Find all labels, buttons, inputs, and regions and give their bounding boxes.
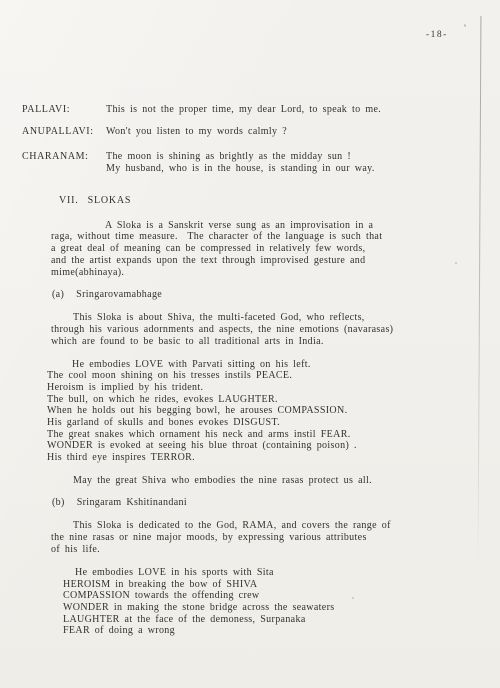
dialogue-label: ANUPALLAVI: [22,126,106,138]
document-page: -18- PALLAVI: This is not the proper tim… [0,0,500,688]
subsection-a-paragraph: This Sloka is about Shiva, the multi-fac… [51,312,474,347]
page-number: -18- [426,30,448,42]
slokas-intro-paragraph: A Sloka is a Sanskrit verse sung as an i… [51,220,474,279]
dialogue-row-pallavi: PALLAVI: This is not the proper time, my… [0,104,500,116]
subsection-b-heading: (b)Sringaram Kshitinandani [52,497,500,509]
dialogue-row-charanam: CHARANAM: The moon is shining as brightl… [0,151,500,175]
slokas-section: VII.SLOKAS A Sloka is a Sanskrit verse s… [0,195,500,637]
scan-speck [455,262,457,264]
subsection-a-benediction: May the great Shiva who embodies the nin… [47,475,474,487]
song-dialogue-section: PALLAVI: This is not the proper time, my… [0,104,500,175]
section-number: VII. [59,195,79,206]
dialogue-text: The moon is shining as brightly as the m… [106,151,500,175]
subsection-b-verse: He embodies LOVE in his sports with Sita… [63,567,474,637]
section-heading: VII.SLOKAS [59,195,500,207]
subsection-b-label: (b) [52,497,65,508]
subsection-a-heading: (a)Sringarovamabhage [52,289,500,301]
dialogue-text: Won't you listen to my words calmly ? [106,126,500,138]
section-title: SLOKAS [88,195,132,206]
subsection-b-paragraph: This Sloka is dedicated to the God, RAMA… [51,520,474,555]
scan-speck [464,24,466,27]
dialogue-text: This is not the proper time, my dear Lor… [106,104,500,116]
dialogue-label: PALLAVI: [22,104,106,116]
dialogue-label: CHARANAM: [22,151,106,163]
subsection-a-verse: He embodies LOVE with Parvati sitting on… [47,359,474,464]
subsection-a-label: (a) [52,289,64,300]
scan-speck [352,597,354,599]
subsection-a-title: Sringarovamabhage [76,289,162,300]
dialogue-row-anupallavi: ANUPALLAVI: Won't you listen to my words… [0,126,500,138]
subsection-b-title: Sringaram Kshitinandani [77,497,187,508]
